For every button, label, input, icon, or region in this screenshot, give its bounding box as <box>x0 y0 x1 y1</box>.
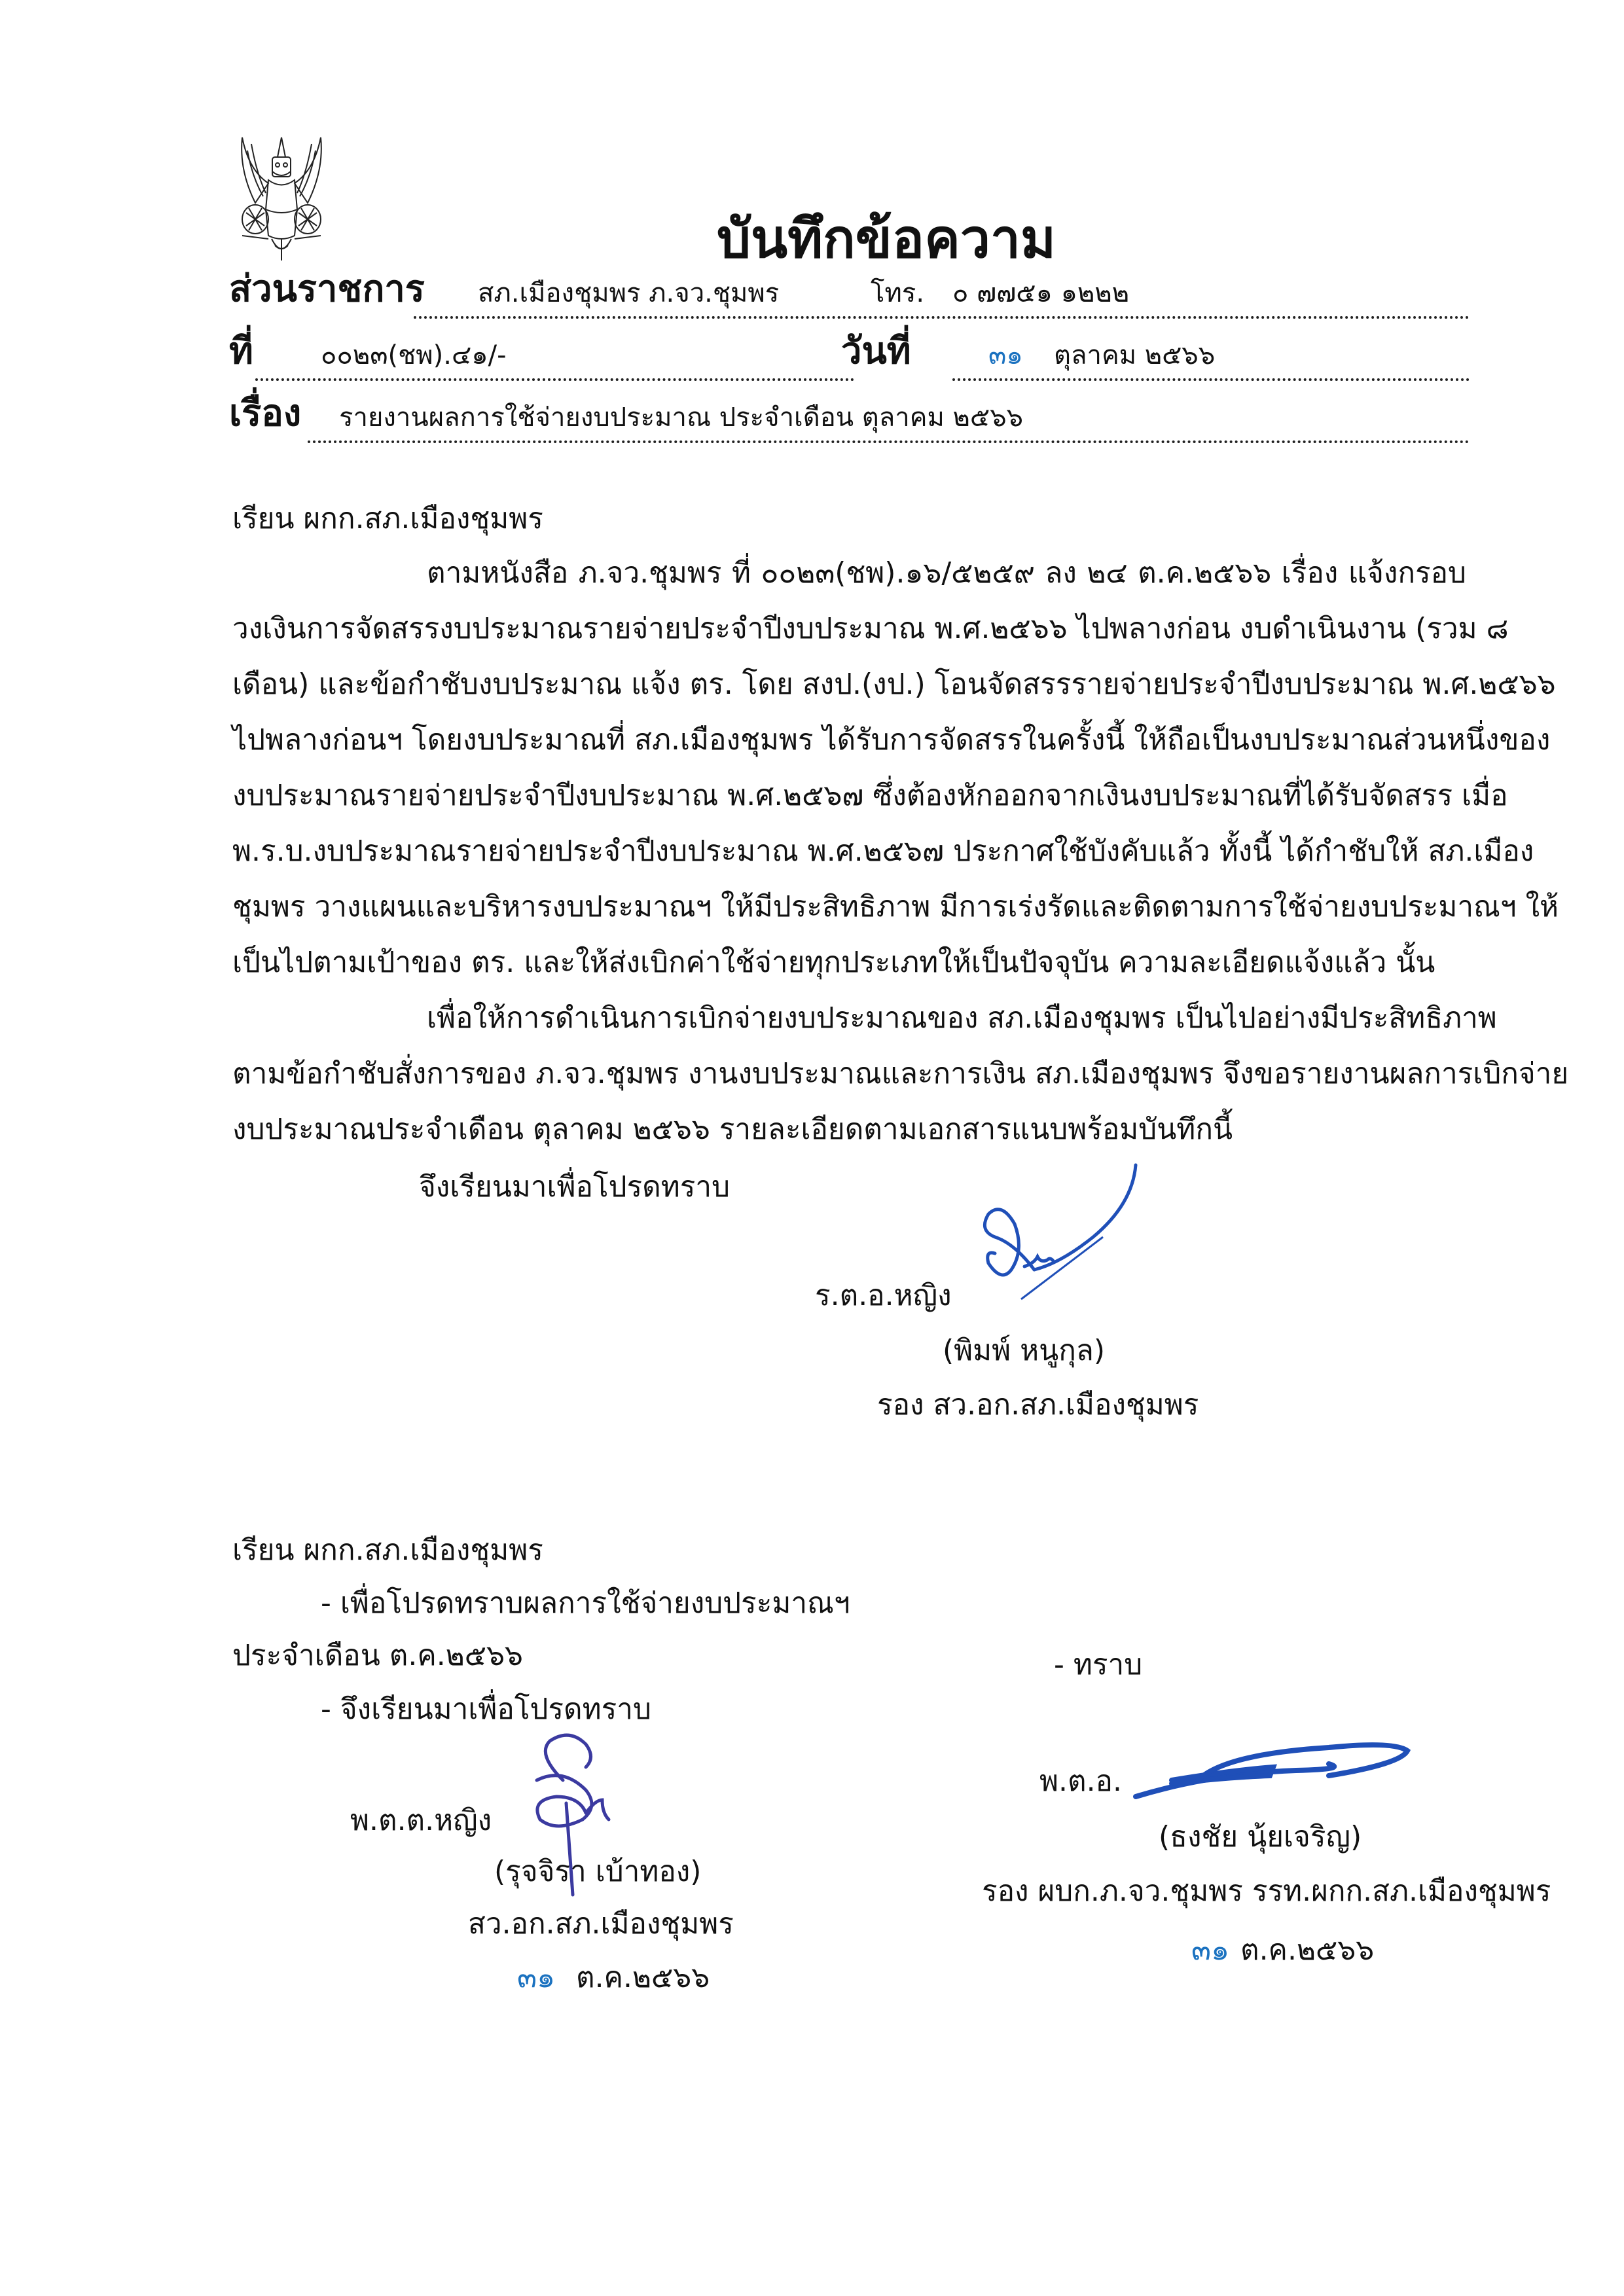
header-subject-row: เรื่อง รายงานผลการใช้จ่ายงบประมาณ ประจำเ… <box>229 396 1470 448</box>
garuda-emblem-icon <box>229 131 334 262</box>
date-label: วันที่ <box>841 321 911 380</box>
paragraph-line: เดือน) และข้อกำชับงบประมาณ แจ้ง ตร. โดย … <box>232 661 1466 707</box>
header-agency-row: ส่วนราชการ สภ.เมืองชุมพร ภ.จว.ชุมพร โทร.… <box>229 272 1470 324</box>
date-day: ๓๑ <box>988 334 1023 376</box>
dotted-line <box>255 378 854 381</box>
phone-value: ๐ ๗๗๕๑ ๑๒๒๒ <box>952 272 1129 314</box>
paragraph-line: ชุมพร วางแผนและบริหารงบประมาณฯ ให้มีประส… <box>232 884 1466 929</box>
paragraph-line: งบประมาณประจำเดือน ตุลาคม ๒๕๖๖ รายละเอีย… <box>232 1106 1233 1152</box>
header-ref-row: ที่ ๐๐๒๓(ชพ).๔๑/- วันที่ ๓๑ ตุลาคม ๒๕๖๖ <box>229 334 1470 386</box>
endorsement-left-name: (รุจจิรา เบ้าทอง) <box>494 1857 701 1886</box>
paragraph-line: เป็นไปตามเป้าของ ตร. และให้ส่งเบิกค่าใช้… <box>232 939 1435 985</box>
signer-1-rank: ร.ต.อ.หญิง <box>815 1282 952 1310</box>
endorsement-right-rank: พ.ต.อ. <box>1039 1767 1122 1796</box>
endorsement-left-rank: พ.ต.ต.หญิง <box>350 1806 492 1835</box>
phone-label: โทร. <box>871 272 924 314</box>
agency-value: สภ.เมืองชุมพร ภ.จว.ชุมพร <box>478 272 779 314</box>
endorsement-line-2: ประจำเดือน ต.ค.๒๕๖๖ <box>232 1641 523 1670</box>
paragraph-line: ตามหนังสือ ภ.จว.ชุมพร ที่ ๐๐๒๓(ชพ).๑๖/๕๒… <box>427 550 1466 596</box>
paragraph-line: เพื่อให้การดำเนินการเบิกจ่ายงบประมาณของ … <box>427 995 1466 1041</box>
signer-1-position: รอง สว.อก.สภ.เมืองชุมพร <box>877 1391 1199 1420</box>
endorsement-right-note: - ทราบ <box>1054 1651 1142 1679</box>
subject-value: รายงานผลการใช้จ่ายงบประมาณ ประจำเดือน ตุ… <box>339 396 1023 438</box>
endorsement-right-date-day: ๓๑ <box>1191 1936 1229 1965</box>
paragraph-line: พ.ร.บ.งบประมาณรายจ่ายประจำปีงบประมาณ พ.ศ… <box>232 828 1466 874</box>
dotted-line <box>308 440 1470 443</box>
endorsement-left-date: ต.ค.๒๕๖๖ <box>576 1964 710 1992</box>
endorsement-line-3: - จึงเรียนมาเพื่อโปรดทราบ <box>321 1695 651 1724</box>
signature-icon <box>1132 1744 1434 1810</box>
endorsement-left-position: สว.อก.สภ.เมืองชุมพร <box>468 1910 734 1939</box>
paragraph-line: ไปพลางก่อนฯ โดยงบประมาณที่ สภ.เมืองชุมพร… <box>232 717 1466 762</box>
ref-value: ๐๐๒๓(ชพ).๔๑/- <box>321 334 507 376</box>
dotted-line <box>414 316 1470 319</box>
endorsement-right-name: (ธงชัย นุ้ยเจริญ) <box>1159 1823 1362 1852</box>
endorsement-right-position: รอง ผบก.ภ.จว.ชุมพร รรท.ผกก.สภ.เมืองชุมพร <box>982 1877 1551 1906</box>
paragraph-line: ตามข้อกำชับสั่งการของ ภ.จว.ชุมพร งานงบปร… <box>232 1050 1466 1096</box>
salutation: เรียน ผกก.สภ.เมืองชุมพร <box>232 495 543 541</box>
date-month-year: ตุลาคม ๒๕๖๖ <box>1054 334 1215 376</box>
signer-1-name: (พิมพ์ หนูกุล) <box>943 1336 1105 1365</box>
endorsement-right-date: ต.ค.๒๕๖๖ <box>1240 1936 1374 1965</box>
endorsement-salutation: เรียน ผกก.สภ.เมืองชุมพร <box>232 1536 543 1565</box>
ref-label: ที่ <box>229 321 253 380</box>
endorsement-left-date-day: ๓๑ <box>517 1964 555 1992</box>
paragraph-line: วงเงินการจัดสรรงบประมาณรายจ่ายประจำปีงบป… <box>232 605 1466 651</box>
signature-icon <box>975 1165 1146 1335</box>
document-title: บันทึกข้อความ <box>717 196 1056 281</box>
agency-label: ส่วนราชการ <box>229 259 425 317</box>
subject-label: เรื่อง <box>229 384 301 442</box>
closing-text: จึงเรียนมาเพื่อโปรดทราบ <box>419 1164 730 1210</box>
dotted-line <box>952 378 1470 381</box>
endorsement-line-1: - เพื่อโปรดทราบผลการใช้จ่ายงบประมาณฯ <box>321 1589 850 1618</box>
paragraph-line: งบประมาณรายจ่ายประจำปีงบประมาณ พ.ศ.๒๕๖๗ … <box>232 772 1466 818</box>
